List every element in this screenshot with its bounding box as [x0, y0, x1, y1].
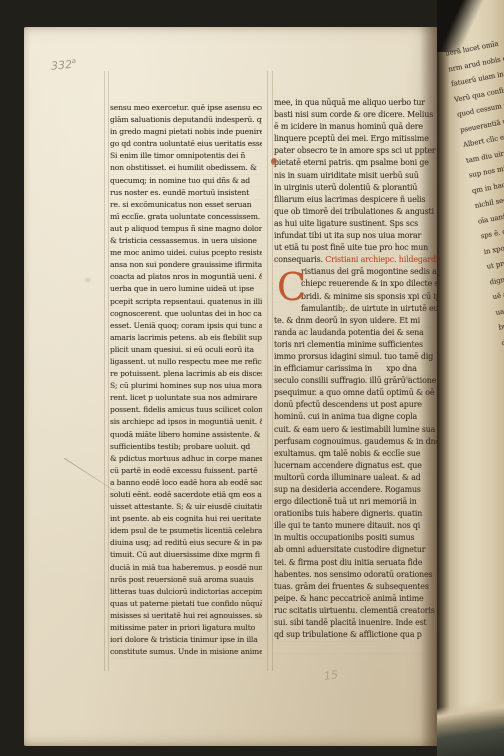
text-line: mee, in qua nūquā me aliquo uerbo tur [274, 97, 458, 109]
text-line: ergo dilectionē tuā ut nri memoriā in [274, 496, 458, 508]
text-line: nrōs post reuersionē suā aroma suauis [110, 574, 262, 586]
text-line: rent. licet p uoluntate sua nos admirare [110, 392, 262, 404]
text-line: esset. Ueniā quoq; coram ipsis qui tunc … [110, 320, 262, 332]
ruling-line [108, 71, 109, 671]
text-line: Si enim ille timor omnipotentis dei ñ [110, 150, 262, 162]
text-line: litteras tuas dulciorū indictorias accep… [110, 586, 262, 598]
text-line: sis archiepc ad ipsos in moguntiā uenit.… [110, 416, 262, 428]
text-line: exultamus. qm talē nobis & ecclīe sue [274, 448, 458, 460]
facing-page-edge: uerā lucet omīanrm arud nobis condolēmfa… [437, 0, 504, 756]
text-line: pater obsecro te in amore sps sci ut ppt… [274, 145, 458, 157]
text-line: aut p aliquod tempus ñ sine magno dolore [110, 223, 262, 235]
left-column: sensu meo exercetur. quē ipse asensu ecc… [110, 102, 262, 662]
text-line: me moc animo uidei. cuius pcepto resiste… [110, 247, 262, 259]
text-line: psequimur. a quo omne datū optimū & oē [274, 387, 458, 399]
text-line: perfusam cognouimus. gaudemus & in dno [274, 436, 458, 448]
text-line: sui. sibi tandē placitā inuenire. Inde e… [274, 617, 458, 629]
text-line: a banno eodē loco eadē hora ab eodē sace… [110, 477, 262, 489]
text-line: quodā miāte libero homine assistente. & [110, 429, 262, 441]
quire-number-pencil: 15 [323, 668, 339, 683]
folio-number-pencil: 332a [50, 57, 76, 73]
ruling-line [104, 71, 105, 671]
text-line: ruc scitatis uirtuentu. clementiā creato… [274, 605, 458, 617]
text-line: constitute sumus. Unde in misione anime [110, 646, 262, 658]
text-line: basti nisi sum corde & ore dicere. Meliu… [274, 109, 458, 121]
text-line: ansa non sui pondere grauissime ifirmita… [110, 259, 262, 271]
text-line: mitissime pater in priori ligatura multo [110, 622, 262, 634]
text-line: pietatē eterni patris. qm psalme boni ge [274, 157, 458, 169]
text-line: mī ecclīe. grata uoluntate concessissem.… [110, 211, 262, 223]
text-line: pcepit scripta repsentaui. quatenus in i… [110, 296, 262, 308]
text-line: ut etiā tu post finē uite tue pro hoc mu… [274, 242, 458, 254]
text-line: linquere pceptū dei mei. Ergo mitissime [274, 133, 458, 145]
text-line: ab omni aduersitate custodire dignetur [274, 544, 458, 556]
text-line: re potuissent. plena lacrimis ab eis dis… [110, 368, 262, 380]
text-line: duciā in miā tua haberemus. p eosdē nunc… [110, 562, 262, 574]
text-line: habentes. nos sensimo odoratū orationes [274, 569, 458, 581]
text-line: coacta ad platos nros in moguntiā ueni. … [110, 271, 262, 283]
text-line: possent. fidelis amicus tuus scilicet co… [110, 404, 262, 416]
text-line: tuas. grām dei fruentes & subsequentes [274, 581, 458, 593]
text-line: lucernam accendere dignatus est. que [274, 460, 458, 472]
text-line: idem psul de te psumetis licentiā celebr… [110, 525, 262, 537]
stain [84, 277, 92, 283]
text-line: & tristicia cessassemus. in uera uisione [110, 235, 262, 247]
text-line: glām saluationis deputandū indesperū. qm [110, 114, 262, 126]
text-line: cognoscerent. que uoluntas dei in hoc ca… [110, 308, 262, 320]
right-column: mee, in qua nūquā me aliquo uerbo turbas… [274, 97, 458, 663]
text-line: in efficiamur carissima in xpo dna [274, 363, 458, 375]
rubric-lead: consequaris. [274, 255, 325, 264]
text-line: toris nri clementia minime sufficientes [274, 339, 458, 351]
text-line: rus noster es. eundē mortuū insistent [110, 187, 262, 199]
text-line: ligassent. ut nullo respectu mee me refi… [110, 356, 262, 368]
text-line: as hui uite ligature sustinent. Sps scs [274, 218, 458, 230]
text-line: go qd contra uoluntatē eius ueritatis es… [110, 138, 262, 150]
text-line: non obstitisset. ei humilit obedissem. & [110, 162, 262, 174]
text-line: diuina usq; ad reditū eius secure & in p… [110, 537, 262, 549]
text-line: multorū corda illuminare ualeat. & ad [274, 472, 458, 484]
text-line: seculo consilii suffragio. illū grārū ac… [274, 375, 458, 387]
facing-page-text: uerā lucet omīanrm arud nobis condolēmfa… [444, 22, 504, 610]
text-line: nis in suam uiriditate misit uerbū suū [274, 170, 458, 182]
text-line: infundat tibi ut ita sup nos uiua morar [274, 230, 458, 242]
text-line: int psente. ab eis cognita hui rei uerit… [110, 513, 262, 525]
text-line: immo prorsus idagini simul. tuo tamē dig [274, 351, 458, 363]
text-line: orationibs tuis habere digneris. quatin [274, 508, 458, 520]
text-line: plicit unam quesiui. si eū oculi eorū it… [110, 344, 262, 356]
text-line: cū partē in eodē excessu fuissent. partē [110, 465, 262, 477]
text-line: ille qui te tanto munere ditauit. nos qi [274, 520, 458, 532]
text-line: in gredo magni pietati nobis inde puenir… [110, 126, 262, 138]
text-line: quecumq; in nomine tuo qui dñs & ad [110, 175, 262, 187]
text-line: cuit. & eam uero & iestimabili lumine su… [274, 424, 458, 436]
text-line: tei. & firma post diu initia seruata fid… [274, 557, 458, 569]
rubric-text: Cristiani archiepc. hildegardis. [325, 255, 444, 264]
text-line: sufficientibs testib; probare uoluit. qd [110, 441, 262, 453]
text-line: filiarum eius lacrimas despicere ñ uelis [274, 194, 458, 206]
text-line: donū pfectū descendens ut post apure [274, 399, 458, 411]
text-line: te. & dnm deorū in syon uidere. Et mi [274, 315, 458, 327]
text-line: misisses si ueritatē hui rei agnouisses.… [110, 610, 262, 622]
text-line: S; cū plurimi homines sup nos uiua morar [110, 380, 262, 392]
text-line: quas ut paterne pietati tue confido nūqu… [110, 598, 262, 610]
text-line: qd sup tribulatione & afflictione qua p [274, 629, 458, 641]
text-line: soluti eēnt. eodē sacerdote etiā qm eos … [110, 489, 262, 501]
text-line: & pdictus mortuus adhuc in corpe manens [110, 453, 262, 465]
text-line: uisset attestante. S; & uir eiusdē ciuit… [110, 501, 262, 513]
text-line: sup na desideria accendere. Rogamus [274, 484, 458, 496]
text-line: uerba que in uero lumine uideā ut ipse [110, 283, 262, 295]
folio-number: 332 [51, 58, 73, 73]
folio-suffix: a [71, 57, 76, 65]
drop-cap-initial: C [277, 267, 303, 307]
text-line: hominū. cui in anima tua digne copla [274, 411, 458, 423]
text-line: sensu meo exercetur. quē ipse asensu ecc… [110, 102, 262, 114]
photo-background: { "colors": { "background": "#211f1a", "… [0, 0, 504, 756]
text-line: randa ac laudanda potentia dei & sena [274, 327, 458, 339]
text-line: peipe. & hanc peccatricē animā intime [274, 593, 458, 605]
text-line: timuit. Cū aut diuersissime dixe mgrm fi [110, 549, 262, 561]
text-line: ē m icidere in manus hominū quā dere [274, 121, 458, 133]
text-line: in uirginis uterū dolentiū & plorantiū [274, 182, 458, 194]
text-line: amaris lacrimis petens. ab eis flebilit … [110, 332, 262, 344]
ruling-line [267, 71, 268, 671]
stain [402, 375, 413, 382]
text-line: re. si excōmunicatus non esset seruan [110, 199, 262, 211]
text-line: in multis occupationibs positi sumus [274, 532, 458, 544]
text-line: iori dolore & tristicia tinimur ipse in … [110, 634, 262, 646]
manuscript-page: 332a sensu meo exercetur. quē ipse asens… [24, 27, 438, 746]
text-line: que ob timorē dei tribulationes & angust… [274, 206, 458, 218]
